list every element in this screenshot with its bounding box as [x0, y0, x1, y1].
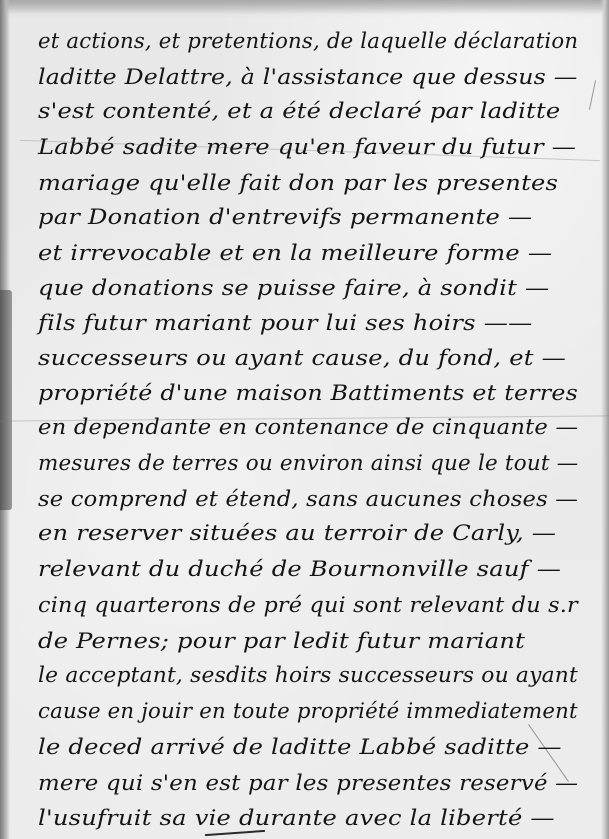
manuscript-line: le deced arrivé de laditte Labbé saditte… — [38, 734, 562, 760]
binding-tab — [0, 290, 12, 510]
manuscript-line: mere qui s'en est par les presentes rese… — [38, 770, 578, 796]
manuscript-line: que donations se puisse faire, à sondit … — [38, 275, 549, 301]
paper-crack — [589, 80, 596, 110]
paper-right-edge — [601, 0, 609, 839]
manuscript-line: propriété d'une maison Battiments et ter… — [38, 380, 578, 406]
manuscript-line: en reserver situées au terroir de Carly,… — [38, 520, 556, 546]
manuscript-line: relevant du duché de Bournonville sauf — — [38, 556, 561, 582]
manuscript-line: et actions, et pretentions, de laquelle … — [38, 28, 578, 54]
manuscript-line: laditte Delattre, à l'assistance que des… — [38, 64, 578, 90]
manuscript-line: se comprend et étend, sans aucunes chose… — [38, 486, 578, 512]
paper-top-edge — [0, 0, 609, 14]
manuscript-line: fils futur mariant pour lui ses hoirs —— — [38, 310, 532, 336]
manuscript-line: en dependante en contenance de cinquante… — [38, 414, 578, 440]
manuscript-line: le acceptant, sesdits hoirs successeurs … — [38, 662, 578, 688]
manuscript-line: mariage qu'elle fait don par les present… — [38, 170, 558, 196]
manuscript-line: cause en jouir en toute propriété immedi… — [38, 698, 578, 724]
manuscript-line: de Pernes; pour par ledit futur mariant — [38, 628, 525, 654]
manuscript-line: et irrevocable et en la meilleure forme … — [38, 240, 552, 266]
manuscript-line: Labbé sadite mere qu'en faveur du futur … — [38, 134, 576, 160]
manuscript-line: l'usufruit sa vie durante avec la libert… — [38, 805, 555, 831]
manuscript-line: s'est contenté, et a été declaré par lad… — [38, 98, 560, 124]
manuscript-line: par Donation d'entrevifs permanente — — [38, 204, 532, 230]
manuscript-line: successeurs ou ayant cause, du fond, et … — [38, 345, 566, 371]
manuscript-page: et actions, et pretentions, de laquelle … — [0, 0, 609, 839]
manuscript-line: cinq quarterons de pré qui sont relevant… — [38, 592, 578, 618]
manuscript-line: mesures de terres ou environ ainsi que l… — [38, 450, 578, 476]
